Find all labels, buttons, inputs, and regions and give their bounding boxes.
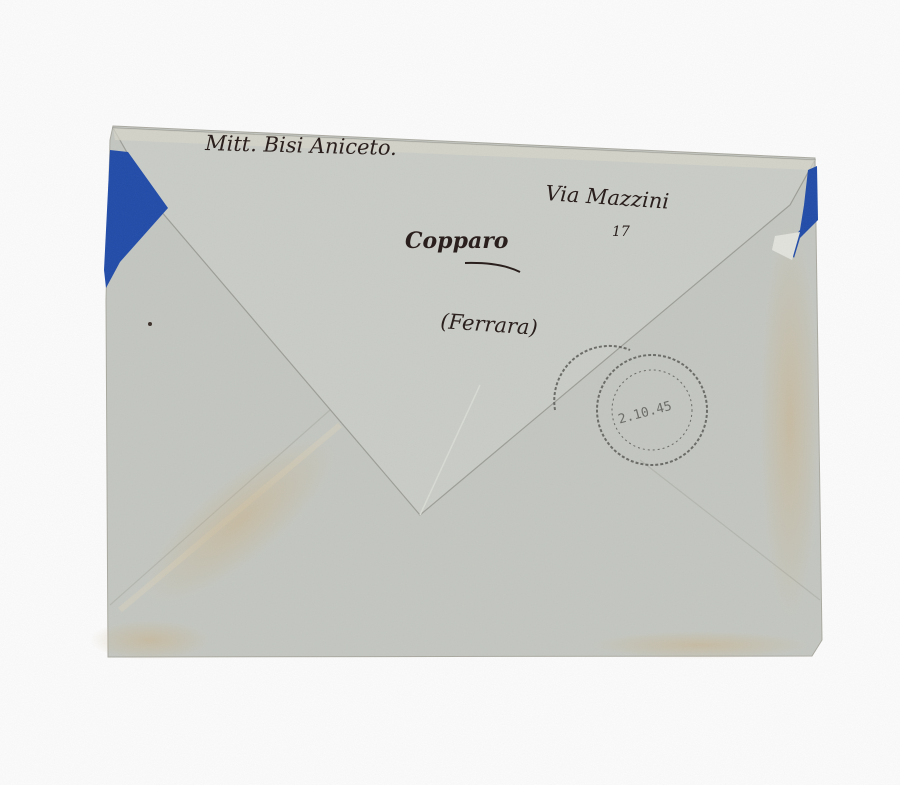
street-number: 17 [612,224,630,240]
envelope-photo: Mitt. Bisi Aniceto. Via Mazzini 17 Coppa… [0,0,900,785]
city-line: Copparo [405,228,508,254]
sender-line: Mitt. Bisi Aniceto. [204,131,397,160]
